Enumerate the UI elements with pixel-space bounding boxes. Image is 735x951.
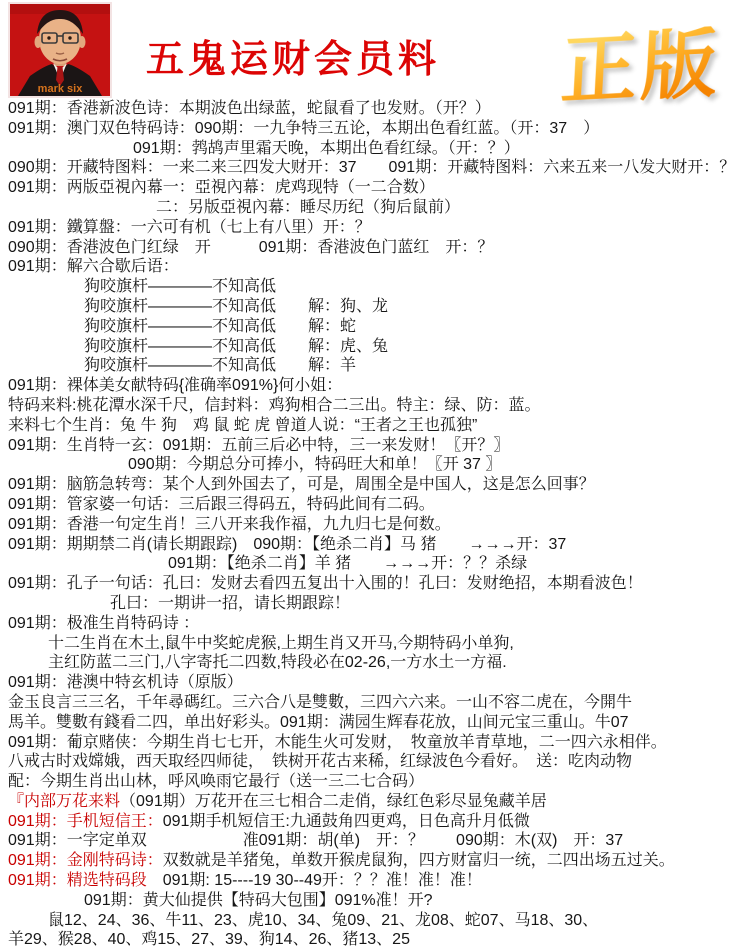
text-line-12: 狗咬旗杆————不知高低 解：蛇 <box>0 317 735 337</box>
text-segment: 二：另版亞視內幕：睡尽历纪（狗后鼠前） <box>156 199 460 216</box>
text-line-11: 狗咬旗杆————不知高低 解：狗、龙 <box>0 297 735 317</box>
text-segment: 091期：两版亞視內幕一：亞視內幕：虎鸡现特（一二合数） <box>8 179 435 196</box>
text-segment: 配：今期生肖出山林，呼风唤雨它最行（送一三二七合码） <box>8 773 424 790</box>
text-segment: 091期: 15----19 30--49开：？？准！准！准！ <box>147 872 482 889</box>
text-line-13: 狗咬旗杆————不知高低 解：虎、兔 <box>0 337 735 357</box>
text-segment: 八戒古时戏嫦娥，西天取经四师徒， 铁树开花古来稀，红绿波色今看好。 送：吃肉动物 <box>8 753 632 770</box>
page-title: 五鬼运财会员料 <box>146 28 440 83</box>
text-segment: 羊29、猴28、40、鸡15、27、39、狗14、26、猪13、25 <box>8 931 410 948</box>
text-line-4: 090期：开藏特图料：一来二来三四发大财开：37 091期：开藏特图料：六来五来… <box>0 158 735 178</box>
photo-caption: mark six <box>38 83 84 95</box>
text-line-27: 091期：极准生肖特码诗 ： <box>0 614 735 634</box>
text-line-26: 孔曰：一期讲一招，请长期跟踪！ <box>0 594 735 614</box>
text-segment: 091期手机短信王:九通鼓角四更鸡，日色高升月低微 <box>163 813 530 830</box>
text-segment: 091期：香港一句定生肖！三八开来我作福，九九归七是何数。 <box>8 516 451 533</box>
text-line-28: 十二生肖在木土,鼠牛中奖蛇虎猴,上期生肖又开马,今期特码小单狗, <box>0 634 735 654</box>
text-segment: 091期：黄大仙提供【特码大包围】091%准！开? <box>84 892 433 909</box>
text-line-38: 091期：一字定单双 准091期：胡(单) 开：？ 090期：木(双) 开：37 <box>0 831 735 851</box>
text-segment: 金玉良言三三名，千年尋碼红。三六合八是雙數，三四六六来。一山不容二虎在，今開牛 <box>8 694 632 711</box>
text-line-3: 091期：鹁鸪声里霜天晚，本期出色看红绿。（开：？） <box>0 139 735 159</box>
text-segment: 馬羊。雙數有錢看二四，单出好彩头。091期：满园生辉春花放，山间元宝三重山。牛0… <box>8 714 629 731</box>
text-segment: 091期：葡京赌侠：今期生肖七七开，木能生火可发财， 牧童放羊青草地，二一四六永… <box>8 734 667 751</box>
text-line-34: 八戒古时戏嫦娥，西天取经四师徒， 铁树开花古来稀，红绿波色今看好。 送：吃肉动物 <box>0 752 735 772</box>
text-segment: 狗咬旗杆————不知高低 解：羊 <box>84 357 356 374</box>
text-line-5: 091期：两版亞視內幕一：亞視內幕：虎鸡现特（一二合数） <box>0 178 735 198</box>
text-segment: 双数就是羊猪兔，单数开猴虎鼠狗，四方财富归一统，二四出场五过关。 <box>163 852 675 869</box>
text-segment: 091期：管家婆一句话：三后跟三得码五，特码此间有二码。 <box>8 496 435 513</box>
text-line-16: 特码来料:桃花潭水深千尺，信封料：鸡狗相合二三出。特主：绿、防：蓝。 <box>0 396 735 416</box>
text-line-35: 配：今期生肖出山林，呼风唤雨它最行（送一三二七合码） <box>0 772 735 792</box>
text-segment: 091期：期期禁二肖(请长期跟踪) 090期：【绝杀二肖】马 猪 →→→开：37 <box>8 536 566 553</box>
text-line-41: 091期：黄大仙提供【特码大包围】091%准！开? <box>0 891 735 911</box>
red-label: 『内部万花来料 <box>8 793 120 810</box>
text-segment: 091期：澳门双色特码诗：090期：一九争特三五论，本期出色看红蓝。（开：37 … <box>8 120 599 137</box>
text-line-8: 090期：香港波色门红绿 开 091期：香港波色门蓝红 开：？ <box>0 238 735 258</box>
text-segment: 091期：香港新波色诗：本期波色出绿蓝，蛇鼠看了也发财。（开？） <box>8 100 491 117</box>
text-segment: 主红防蓝二三门,八字寄托二四数,特段必在02-26,一方水土一方福. <box>48 654 507 671</box>
text-segment: 091期：港澳中特玄机诗（原版） <box>8 674 243 691</box>
text-line-17: 来料七个生肖：兔 牛 狗 鸡 鼠 蛇 虎 曾道人说：“王者之王也孤独” <box>0 416 735 436</box>
text-line-37: 091期：手机短信王：091期手机短信王:九通鼓角四更鸡，日色高升月低微 <box>0 812 735 832</box>
text-line-10: 狗咬旗杆————不知高低 <box>0 277 735 297</box>
text-segment: 090期：今期总分可捧小，特码旺大和单！〖开 37 〗 <box>128 456 501 473</box>
text-line-30: 091期：港澳中特玄机诗（原版） <box>0 673 735 693</box>
portrait-illustration: mark six <box>10 4 110 96</box>
text-line-7: 091期：鐵算盤：一六可有机（七上有八里）开：？ <box>0 218 735 238</box>
text-line-2: 091期：澳门双色特码诗：090期：一九争特三五论，本期出色看红蓝。（开：37 … <box>0 119 735 139</box>
red-label: 091期：手机短信王： <box>8 813 163 830</box>
text-line-19: 090期：今期总分可捧小，特码旺大和单！〖开 37 〗 <box>0 455 735 475</box>
text-segment: 091期：极准生肖特码诗 ： <box>8 615 199 632</box>
text-line-6: 二：另版亞視內幕：睡尽历纪（狗后鼠前） <box>0 198 735 218</box>
text-line-20: 091期：脑筋急转弯：某个人到外国去了，可是，周围全是中国人，这是怎么回事？ <box>0 475 735 495</box>
red-label: 091期：金刚特码诗： <box>8 852 163 869</box>
text-segment: 091期：【绝杀二肖】羊 猪 →→→开：？？杀绿 <box>168 555 527 572</box>
text-segment: 狗咬旗杆————不知高低 解：蛇 <box>84 318 356 335</box>
text-line-21: 091期：管家婆一句话：三后跟三得码五，特码此间有二码。 <box>0 495 735 515</box>
text-segment: 091期：解六合歇后语： <box>8 258 179 275</box>
text-segment: 狗咬旗杆————不知高低 解：虎、兔 <box>84 338 388 355</box>
text-line-33: 091期：葡京赌侠：今期生肖七七开，木能生火可发财， 牧童放羊青草地，二一四六永… <box>0 733 735 753</box>
text-line-9: 091期：解六合歇后语： <box>0 257 735 277</box>
text-segment: 孔曰：一期讲一招，请长期跟踪！ <box>110 595 350 612</box>
text-segment: 鼠12、24、36、牛11、23、虎10、34、兔09、21、龙08、蛇07、马… <box>48 912 598 929</box>
text-segment: 090期：开藏特图料：一来二来三四发大财开：37 091期：开藏特图料：六来五来… <box>8 159 735 176</box>
text-segment: 091期：鹁鸪声里霜天晚，本期出色看红绿。（开：？） <box>133 140 520 157</box>
text-line-31: 金玉良言三三名，千年尋碼红。三六合八是雙數，三四六六来。一山不容二虎在，今開牛 <box>0 693 735 713</box>
text-segment: 091期：生肖特一玄：091期：五前三后必中特，三一来发财！〖开？〗 <box>8 437 509 454</box>
authentic-stamp: 正版 <box>559 26 723 111</box>
text-segment: 091期：裸体美女献特码{准确率091%}何小姐： <box>8 377 342 394</box>
text-line-42: 鼠12、24、36、牛11、23、虎10、34、兔09、21、龙08、蛇07、马… <box>0 911 735 931</box>
text-line-32: 馬羊。雙數有錢看二四，单出好彩头。091期：满园生辉春花放，山间元宝三重山。牛0… <box>0 713 735 733</box>
text-segment: 特码来料:桃花潭水深千尺，信封料：鸡狗相合二三出。特主：绿、防：蓝。 <box>8 397 540 414</box>
text-segment: 090期：香港波色门红绿 开 091期：香港波色门蓝红 开：？ <box>8 239 493 256</box>
text-segment: （091期）万花开在三七相合二走俏，绿红色彩尽显兔藏羊居 <box>120 793 547 810</box>
text-line-39: 091期：金刚特码诗：双数就是羊猪兔，单数开猴虎鼠狗，四方财富归一统，二四出场五… <box>0 851 735 871</box>
text-line-43: 羊29、猴28、40、鸡15、27、39、狗14、26、猪13、25 <box>0 930 735 950</box>
text-segment: 来料七个生肖：兔 牛 狗 鸡 鼠 蛇 虎 曾道人说：“王者之王也孤独” <box>8 417 477 434</box>
text-segment: 091期：一字定单双 准091期：胡(单) 开：？ 090期：木(双) 开：37 <box>8 832 623 849</box>
portrait-photo: mark six <box>8 2 112 98</box>
text-line-25: 091期：孔子一句话：孔曰：发财去看四五复出十入围的！孔曰：发财绝招，本期看波色… <box>0 574 735 594</box>
header: mark six 五鬼运财会员料 正版 <box>0 0 735 97</box>
red-label: 091期：精选特码段 <box>8 872 147 889</box>
text-line-22: 091期：香港一句定生肖！三八开来我作福，九九归七是何数。 <box>0 515 735 535</box>
text-segment: 十二生肖在木土,鼠牛中奖蛇虎猴,上期生肖又开马,今期特码小单狗, <box>48 635 514 652</box>
text-lines: 091期：香港新波色诗：本期波色出绿蓝，蛇鼠看了也发财。（开？）091期：澳门双… <box>0 99 735 950</box>
text-segment: 091期：脑筋急转弯：某个人到外国去了，可是，周围全是中国人，这是怎么回事？ <box>8 476 595 493</box>
flyer-page: mark six 五鬼运财会员料 正版 091期：香港新波色诗：本期波色出绿蓝，… <box>0 0 735 951</box>
text-line-18: 091期：生肖特一玄：091期：五前三后必中特，三一来发财！〖开？〗 <box>0 436 735 456</box>
text-line-36: 『内部万花来料（091期）万花开在三七相合二走俏，绿红色彩尽显兔藏羊居 <box>0 792 735 812</box>
text-line-29: 主红防蓝二三门,八字寄托二四数,特段必在02-26,一方水土一方福. <box>0 653 735 673</box>
text-line-15: 091期：裸体美女献特码{准确率091%}何小姐： <box>0 376 735 396</box>
text-segment: 091期：鐵算盤：一六可有机（七上有八里）开：？ <box>8 219 371 236</box>
text-line-40: 091期：精选特码段 091期: 15----19 30--49开：？？准！准！… <box>0 871 735 891</box>
text-line-14: 狗咬旗杆————不知高低 解：羊 <box>0 356 735 376</box>
text-segment: 狗咬旗杆————不知高低 <box>84 278 276 295</box>
text-line-24: 091期：【绝杀二肖】羊 猪 →→→开：？？杀绿 <box>0 554 735 574</box>
text-line-23: 091期：期期禁二肖(请长期跟踪) 090期：【绝杀二肖】马 猪 →→→开：37 <box>0 535 735 555</box>
text-segment: 狗咬旗杆————不知高低 解：狗、龙 <box>84 298 388 315</box>
text-segment: 091期：孔子一句话：孔曰：发财去看四五复出十入围的！孔曰：发财绝招，本期看波色… <box>8 575 643 592</box>
